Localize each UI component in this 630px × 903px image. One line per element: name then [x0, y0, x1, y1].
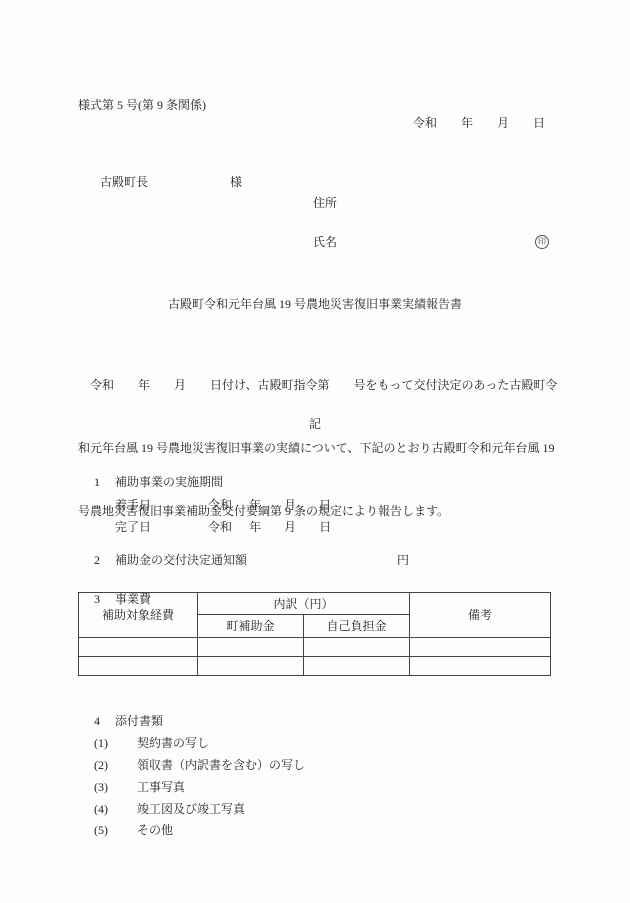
table-cell-empty [304, 657, 410, 676]
era-label: 令和 [208, 520, 232, 534]
table-header-note: 備考 [410, 593, 551, 638]
table-header-expense: 補助対象経費 [79, 593, 198, 638]
table-row [79, 657, 551, 676]
address-label: 住所 [313, 195, 337, 211]
table-cell-empty [410, 638, 551, 657]
project-cost-table: 補助対象経費 内訳（円） 備考 町補助金 自己負担金 [78, 592, 551, 676]
year-label: 年 [249, 520, 261, 534]
addressee-line: 古殿町長様 [88, 158, 242, 206]
attachment-item-label: その他 [137, 823, 173, 837]
table-cell-empty [304, 638, 410, 657]
body-line: 令和 年 月 日付け、古殿町指令第 号をもって交付決定のあった古殿町令 [78, 375, 560, 396]
attachment-item-number: (5) [94, 822, 137, 838]
yen-unit-label: 円 [397, 553, 409, 567]
section2-title: 補助金の交付決定通知額 [115, 553, 247, 567]
seal-stamp-icon: 印 [535, 235, 549, 249]
addressee-honorific: 様 [230, 175, 242, 189]
table-header-breakdown: 内訳（円） [198, 593, 410, 615]
month-label: 月 [284, 520, 296, 534]
table-cell-empty [198, 657, 304, 676]
ki-heading: 記 [0, 416, 630, 432]
date-line: 令和 年 月 日 [78, 115, 545, 131]
name-line: 氏名 印 [313, 234, 551, 250]
table-header-town-subsidy: 町補助金 [198, 615, 304, 638]
table-cell-empty [410, 657, 551, 676]
table-row [79, 638, 551, 657]
document-page: 様式第 5 号(第 9 条関係) 令和 年 月 日 古殿町長様 住所 氏名 印 … [0, 0, 630, 903]
addressee-name: 古殿町長 [100, 175, 148, 189]
document-title: 古殿町令和元年台風 19 号農地災害復旧事業実績報告書 [0, 296, 630, 312]
form-number: 様式第 5 号(第 9 条関係) [78, 97, 206, 113]
table-cell-empty [79, 657, 198, 676]
attachment-item: (5)その他 [78, 806, 173, 854]
end-date-label: 完了日 [115, 520, 151, 534]
table-cell-empty [79, 638, 198, 657]
table-cell-empty [198, 638, 304, 657]
section2-number: 2 [94, 552, 100, 568]
day-label: 日 [319, 520, 331, 534]
section1-number: 1 [94, 474, 100, 490]
body-line: 和元年台風 19 号農地災害復旧事業の実績について、下記のとおり古殿町令和元年台… [78, 438, 560, 459]
name-label: 氏名 [313, 234, 337, 250]
table-header-self-payment: 自己負担金 [304, 615, 410, 638]
